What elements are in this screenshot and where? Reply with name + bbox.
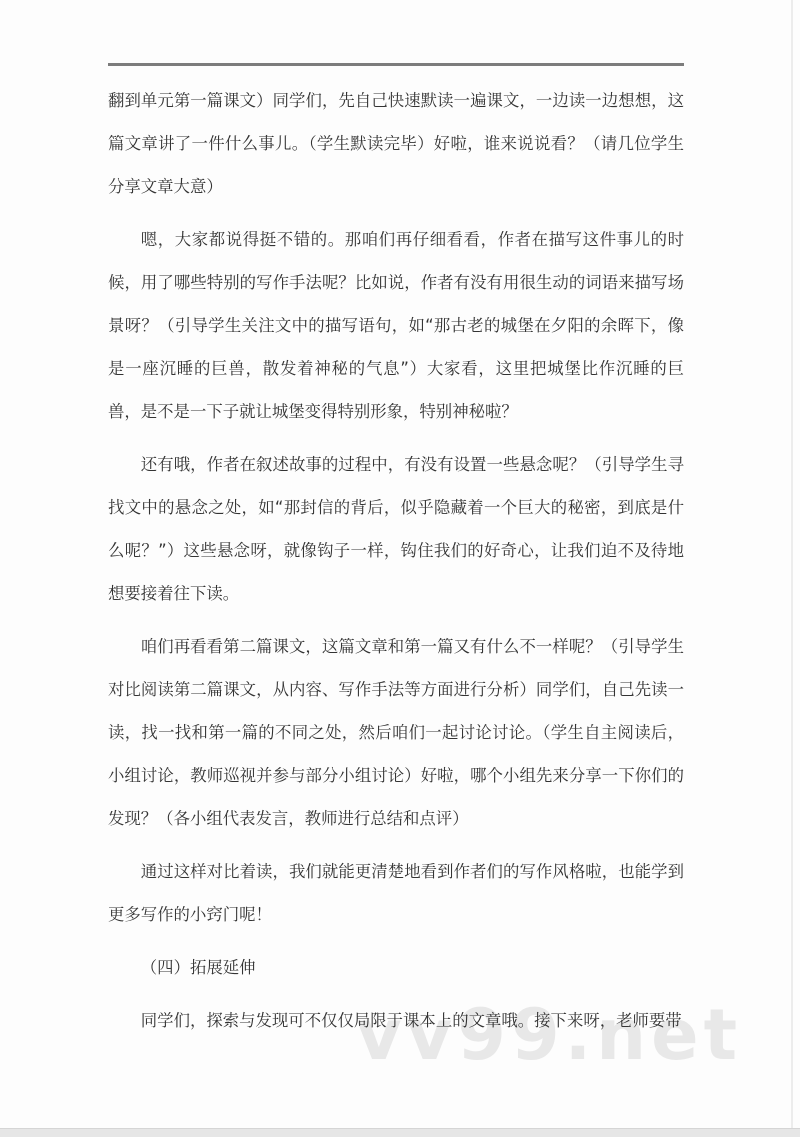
paragraph: 同学们，探索与发现可不仅仅局限于课本上的文章哦。接下来呀，老师要带 xyxy=(108,999,684,1042)
paragraph: 通过这样对比着读，我们就能更清楚地看到作者们的写作风格啦，也能学到更多写作的小窍… xyxy=(108,850,684,936)
paragraph: 翻到单元第一篇课文）同学们，先自己快速默读一遍课文，一边读一边想想，这篇文章讲了… xyxy=(108,79,684,208)
page-right-edge xyxy=(791,0,793,1137)
footer-bar xyxy=(0,1128,800,1137)
paragraph: 嗯，大家都说得挺不错的。那咱们再仔细看看，作者在描写这件事儿的时候，用了哪些特别… xyxy=(108,218,684,433)
paragraph: 还有哦，作者在叙述故事的过程中，有没有设置一些悬念呢？（引导学生寻找文中的悬念之… xyxy=(108,443,684,615)
document-page: vv99.net 翻到单元第一篇课文）同学们，先自己快速默读一遍课文，一边读一边… xyxy=(0,0,800,1137)
document-body: 翻到单元第一篇课文）同学们，先自己快速默读一遍课文，一边读一边想想，这篇文章讲了… xyxy=(108,79,684,1052)
paragraph: 咱们再看看第二篇课文，这篇文章和第一篇又有什么不一样呢？（引导学生对比阅读第二篇… xyxy=(108,625,684,840)
top-divider-rule xyxy=(108,63,684,66)
paragraph: （四）拓展延伸 xyxy=(108,946,684,989)
